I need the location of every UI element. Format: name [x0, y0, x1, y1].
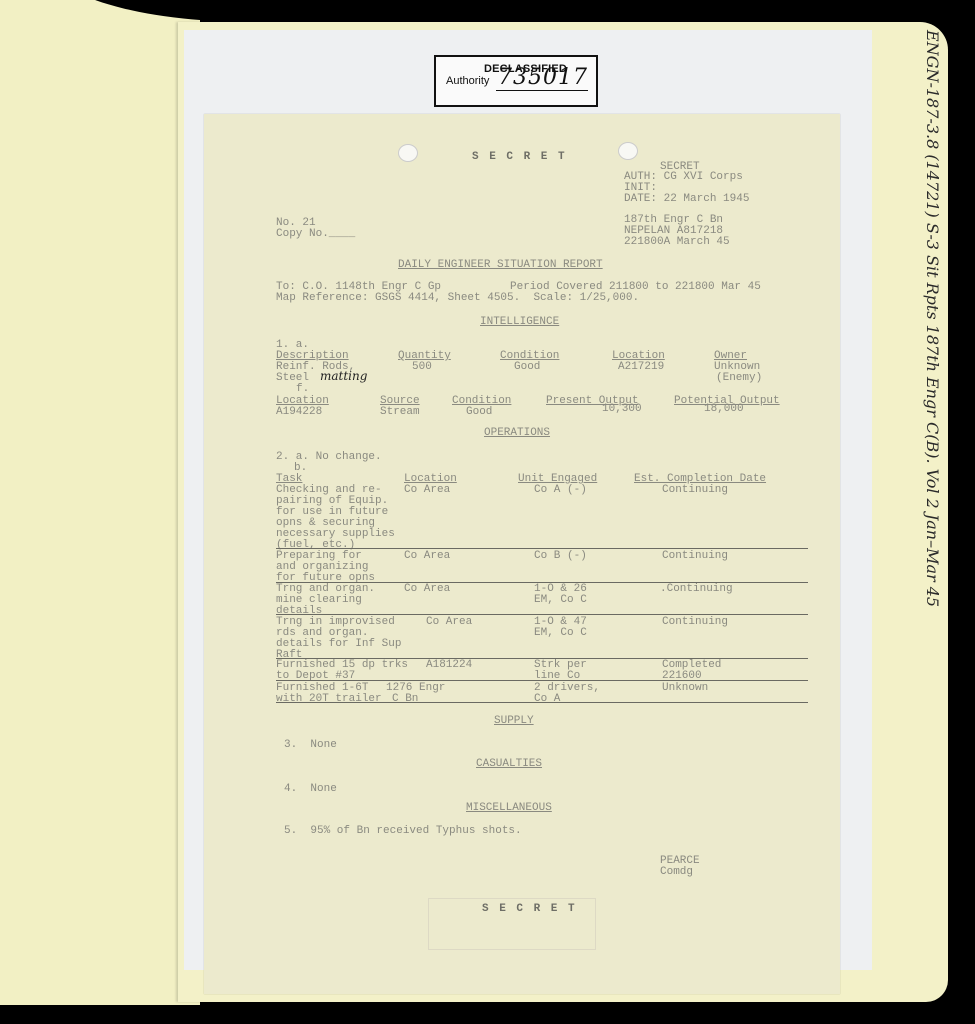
header-time: 221800A March 45	[624, 237, 730, 249]
report-title: DAILY ENGINEER SITUATION REPORT	[398, 260, 603, 272]
ops-row-2-location: Co Area	[404, 551, 450, 563]
ops-row-6-task-2: with 20T trailer	[276, 694, 382, 706]
supply-text: 3. None	[284, 740, 337, 752]
operations-para-a: 2. a. No change.	[276, 452, 382, 464]
cell-f-location: A194228	[276, 407, 322, 419]
casualties-heading: CASUALTIES	[476, 759, 542, 771]
ops-row-1-completion: Continuing	[662, 485, 728, 497]
ops-row-6-unit-2: Co A	[534, 694, 560, 706]
copy-number: Copy No.____	[276, 229, 355, 241]
stamp-authority-label: Authority	[446, 75, 489, 87]
ops-row-1-location: Co Area	[404, 485, 450, 497]
ops-row-1-unit: Co A (-)	[534, 485, 587, 497]
ops-row-5-location: A181224	[426, 660, 472, 672]
cell-location: A217219	[618, 362, 664, 374]
intelligence-para-f: f.	[296, 384, 309, 396]
intelligence-heading: INTELLIGENCE	[480, 317, 559, 329]
ops-row-3-location: Co Area	[404, 584, 450, 596]
ops-row-3-unit-2: EM, Co C	[534, 595, 587, 607]
classification-bottom: S E C R E T	[482, 904, 577, 916]
casualties-text: 4. None	[284, 784, 337, 796]
supply-heading: SUPPLY	[494, 716, 534, 728]
miscellaneous-heading: MISCELLANEOUS	[466, 803, 552, 815]
ops-row-2-completion: Continuing	[662, 551, 728, 563]
cell-owner-2: (Enemy)	[716, 373, 762, 385]
ops-row-6-completion: Unknown	[662, 683, 708, 695]
cell-quantity: 500	[412, 362, 432, 374]
header-date: DATE: 22 March 1945	[624, 194, 749, 206]
ops-row-6-location-2: C Bn	[392, 694, 418, 706]
row-divider	[276, 614, 808, 615]
row-divider	[276, 548, 808, 549]
stamp-authority-number: 735017	[498, 65, 588, 90]
margin-note-text: ENGN-187-3.8 (14721) S-3 Sit Rpts 187th …	[923, 30, 942, 607]
row-divider	[276, 702, 808, 703]
operations-heading: OPERATIONS	[484, 428, 550, 440]
punch-hole-left	[398, 144, 418, 162]
signature-title: Comdg	[660, 867, 693, 879]
ops-row-2-unit: Co B (-)	[534, 551, 587, 563]
folder-left-flap	[0, 0, 200, 1005]
cell-f-source: Stream	[380, 407, 420, 419]
handwritten-margin-note: ENGN-187-3.8 (14721) S-3 Sit Rpts 187th …	[918, 30, 948, 1005]
classification-top: S E C R E T	[472, 152, 567, 164]
ops-row-3-completion: .Continuing	[660, 584, 733, 596]
stamp-underline	[496, 90, 588, 91]
punch-hole-right	[618, 142, 638, 160]
map-reference-line: Map Reference: GSGS 4414, Sheet 4505. Sc…	[276, 293, 639, 305]
cell-condition: Good	[514, 362, 540, 374]
miscellaneous-text: 5. 95% of Bn received Typhus shots.	[284, 826, 522, 838]
handwritten-annotation: matting	[320, 371, 367, 383]
cell-f-present-output: 10,300	[602, 404, 642, 416]
cell-f-potential-output: 18,000	[704, 404, 744, 416]
row-divider	[276, 680, 808, 681]
ops-row-4-completion: Continuing	[662, 617, 728, 629]
typed-report-sheet: S E C R E T SECRET AUTH: CG XVI Corps IN…	[204, 114, 840, 994]
ops-row-4-location: Co Area	[426, 617, 472, 629]
ops-row-4-unit-2: EM, Co C	[534, 628, 587, 640]
declassified-stamp: DECLASSIFIED Authority 735017	[434, 55, 598, 107]
cell-f-condition: Good	[466, 407, 492, 419]
